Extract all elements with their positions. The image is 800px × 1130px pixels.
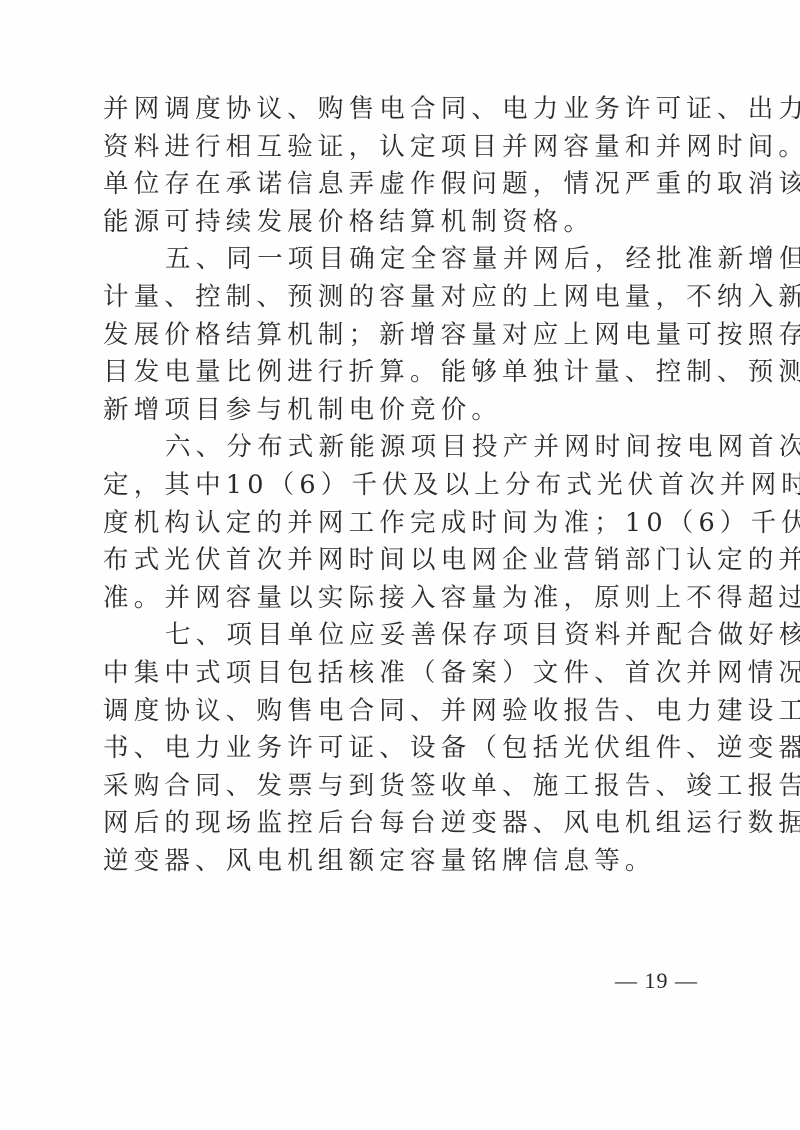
document-body: 并网调度协议、购售电合同、电力业务许可证、出力曲线等相关 资料进行相互验证，认定… (103, 91, 703, 880)
text-line: 六、分布式新能源项目投产并网时间按电网首次并网时间认 (103, 429, 703, 467)
text-line: 逆变器、风电机组额定容量铭牌信息等。 (103, 843, 703, 881)
text-line: 定，其中10（6）千伏及以上分布式光伏首次并网时间以电力调 (103, 467, 703, 505)
document-page: 并网调度协议、购售电合同、电力业务许可证、出力曲线等相关 资料进行相互验证，认定… (0, 0, 800, 1130)
text-line: 五、同一项目确定全容量并网后，经批准新增但不具备单独 (103, 241, 703, 279)
text-line: 资料进行相互验证，认定项目并网容量和并网时间。如发现项目 (103, 129, 703, 167)
text-line: 布式光伏首次并网时间以电网企业营销部门认定的并网时间为 (103, 542, 703, 580)
text-line: 并网调度协议、购售电合同、电力业务许可证、出力曲线等相关 (103, 91, 703, 129)
text-line: 书、电力业务许可证、设备（包括光伏组件、逆变器、风机等） (103, 730, 703, 768)
text-line: 七、项目单位应妥善保存项目资料并配合做好核查工作，其 (103, 617, 703, 655)
text-line: 采购合同、发票与到货签收单、施工报告、竣工报告、全容量并 (103, 768, 703, 806)
text-line: 新增项目参与机制电价竞价。 (103, 392, 703, 430)
text-line: 调度协议、购售电合同、并网验收报告、电力建设工程并网意见 (103, 693, 703, 731)
text-line: 单位存在承诺信息弄虚作假问题，情况严重的取消该项目纳入新 (103, 166, 703, 204)
text-line: 目发电量比例进行折算。能够单独计量、控制、预测的，可作为 (103, 354, 703, 392)
text-line: 准。并网容量以实际接入容量为准，原则上不得超过备案容量。 (103, 580, 703, 618)
text-line: 网后的现场监控后台每台逆变器、风电机组运行数据截图和每台 (103, 805, 703, 843)
page-number: — 19 — (615, 968, 698, 994)
text-line: 能源可持续发展价格结算机制资格。 (103, 204, 703, 242)
paragraph-continuation: 并网调度协议、购售电合同、电力业务许可证、出力曲线等相关 资料进行相互验证，认定… (103, 91, 703, 241)
paragraph-item-7: 七、项目单位应妥善保存项目资料并配合做好核查工作，其 中集中式项目包括核准（备案… (103, 617, 703, 880)
paragraph-item-6: 六、分布式新能源项目投产并网时间按电网首次并网时间认 定，其中10（6）千伏及以… (103, 429, 703, 617)
text-line: 中集中式项目包括核准（备案）文件、首次并网情况证明、并网 (103, 655, 703, 693)
text-line: 度机构认定的并网工作完成时间为准；10（6）千伏以下低压分 (103, 505, 703, 543)
text-line: 发展价格结算机制；新增容量对应上网电量可按照存量、新增项 (103, 317, 703, 355)
text-line: 计量、控制、预测的容量对应的上网电量，不纳入新能源可持续 (103, 279, 703, 317)
paragraph-item-5: 五、同一项目确定全容量并网后，经批准新增但不具备单独 计量、控制、预测的容量对应… (103, 241, 703, 429)
